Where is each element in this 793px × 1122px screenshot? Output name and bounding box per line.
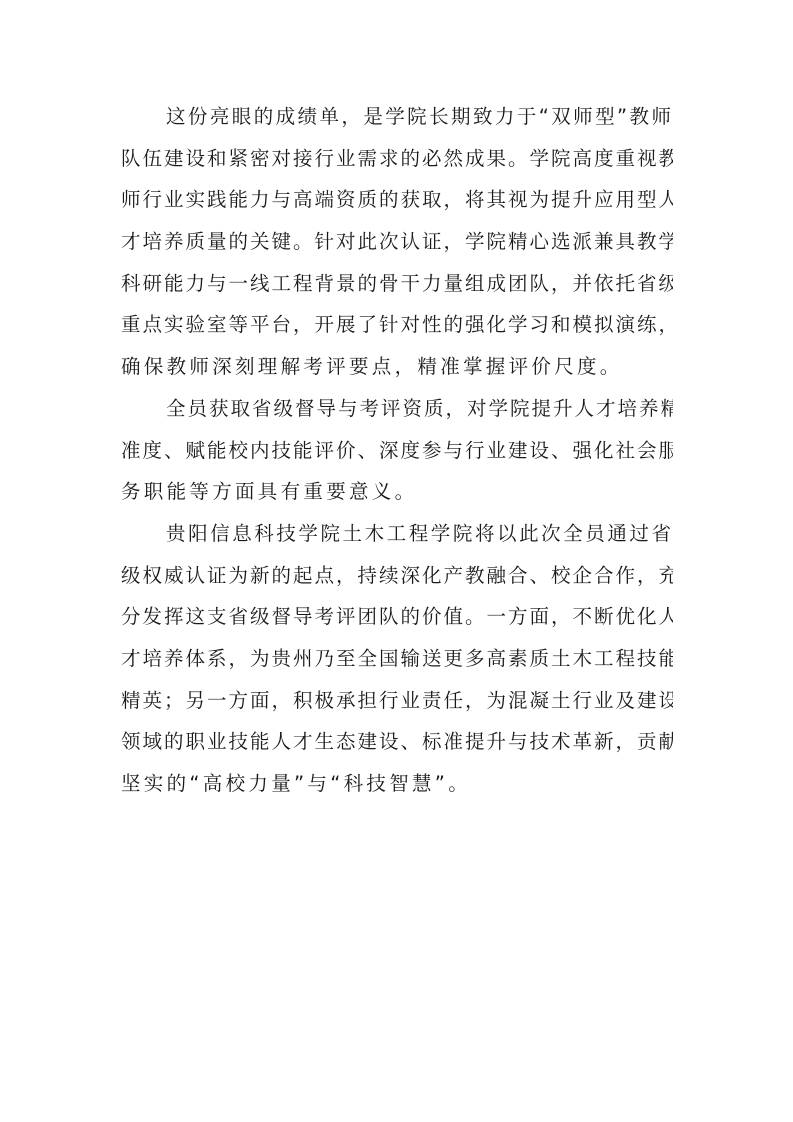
paragraph-line: 精英；另一方面，积极承担行业责任，为混凝土行业及建设 xyxy=(121,680,673,722)
document-body: 这份亮眼的成绩单，是学院长期致力于“双师型”教师 队伍建设和紧密对接行业需求的必… xyxy=(121,96,673,805)
paragraph-line: 分发挥这支省级督导考评团队的价值。一方面，不断优化人 xyxy=(121,596,673,638)
paragraph-line: 队伍建设和紧密对接行业需求的必然成果。学院高度重视教 xyxy=(121,138,673,180)
document-page: 这份亮眼的成绩单，是学院长期致力于“双师型”教师 队伍建设和紧密对接行业需求的必… xyxy=(0,0,793,1122)
paragraph-line: 科研能力与一线工程背景的骨干力量组成团队，并依托省级 xyxy=(121,263,673,305)
paragraph-1: 这份亮眼的成绩单，是学院长期致力于“双师型”教师 队伍建设和紧密对接行业需求的必… xyxy=(121,96,673,388)
paragraph-line: 才培养质量的关键。针对此次认证，学院精心选派兼具教学 xyxy=(121,221,673,263)
paragraph-line: 领域的职业技能人才生态建设、标准提升与技术革新，贡献 xyxy=(121,721,673,763)
paragraph-3: 贵阳信息科技学院土木工程学院将以此次全员通过省 级权威认证为新的起点，持续深化产… xyxy=(121,513,673,805)
paragraph-line: 级权威认证为新的起点，持续深化产教融合、校企合作，充 xyxy=(121,555,673,597)
paragraph-line: 这份亮眼的成绩单，是学院长期致力于“双师型”教师 xyxy=(121,96,673,138)
paragraph-line: 准度、赋能校内技能评价、深度参与行业建设、强化社会服 xyxy=(121,430,673,472)
paragraph-line: 务职能等方面具有重要意义。 xyxy=(121,471,673,513)
paragraph-line: 确保教师深刻理解考评要点，精准掌握评价尺度。 xyxy=(121,346,673,388)
paragraph-line: 坚实的“高校力量”与“科技智慧”。 xyxy=(121,763,673,805)
paragraph-line: 重点实验室等平台，开展了针对性的强化学习和模拟演练， xyxy=(121,304,673,346)
paragraph-line: 全员获取省级督导与考评资质，对学院提升人才培养精 xyxy=(121,388,673,430)
paragraph-line: 师行业实践能力与高端资质的获取，将其视为提升应用型人 xyxy=(121,179,673,221)
paragraph-line: 贵阳信息科技学院土木工程学院将以此次全员通过省 xyxy=(121,513,673,555)
paragraph-line: 才培养体系，为贵州乃至全国输送更多高素质土木工程技能 xyxy=(121,638,673,680)
paragraph-2: 全员获取省级督导与考评资质，对学院提升人才培养精 准度、赋能校内技能评价、深度参… xyxy=(121,388,673,513)
